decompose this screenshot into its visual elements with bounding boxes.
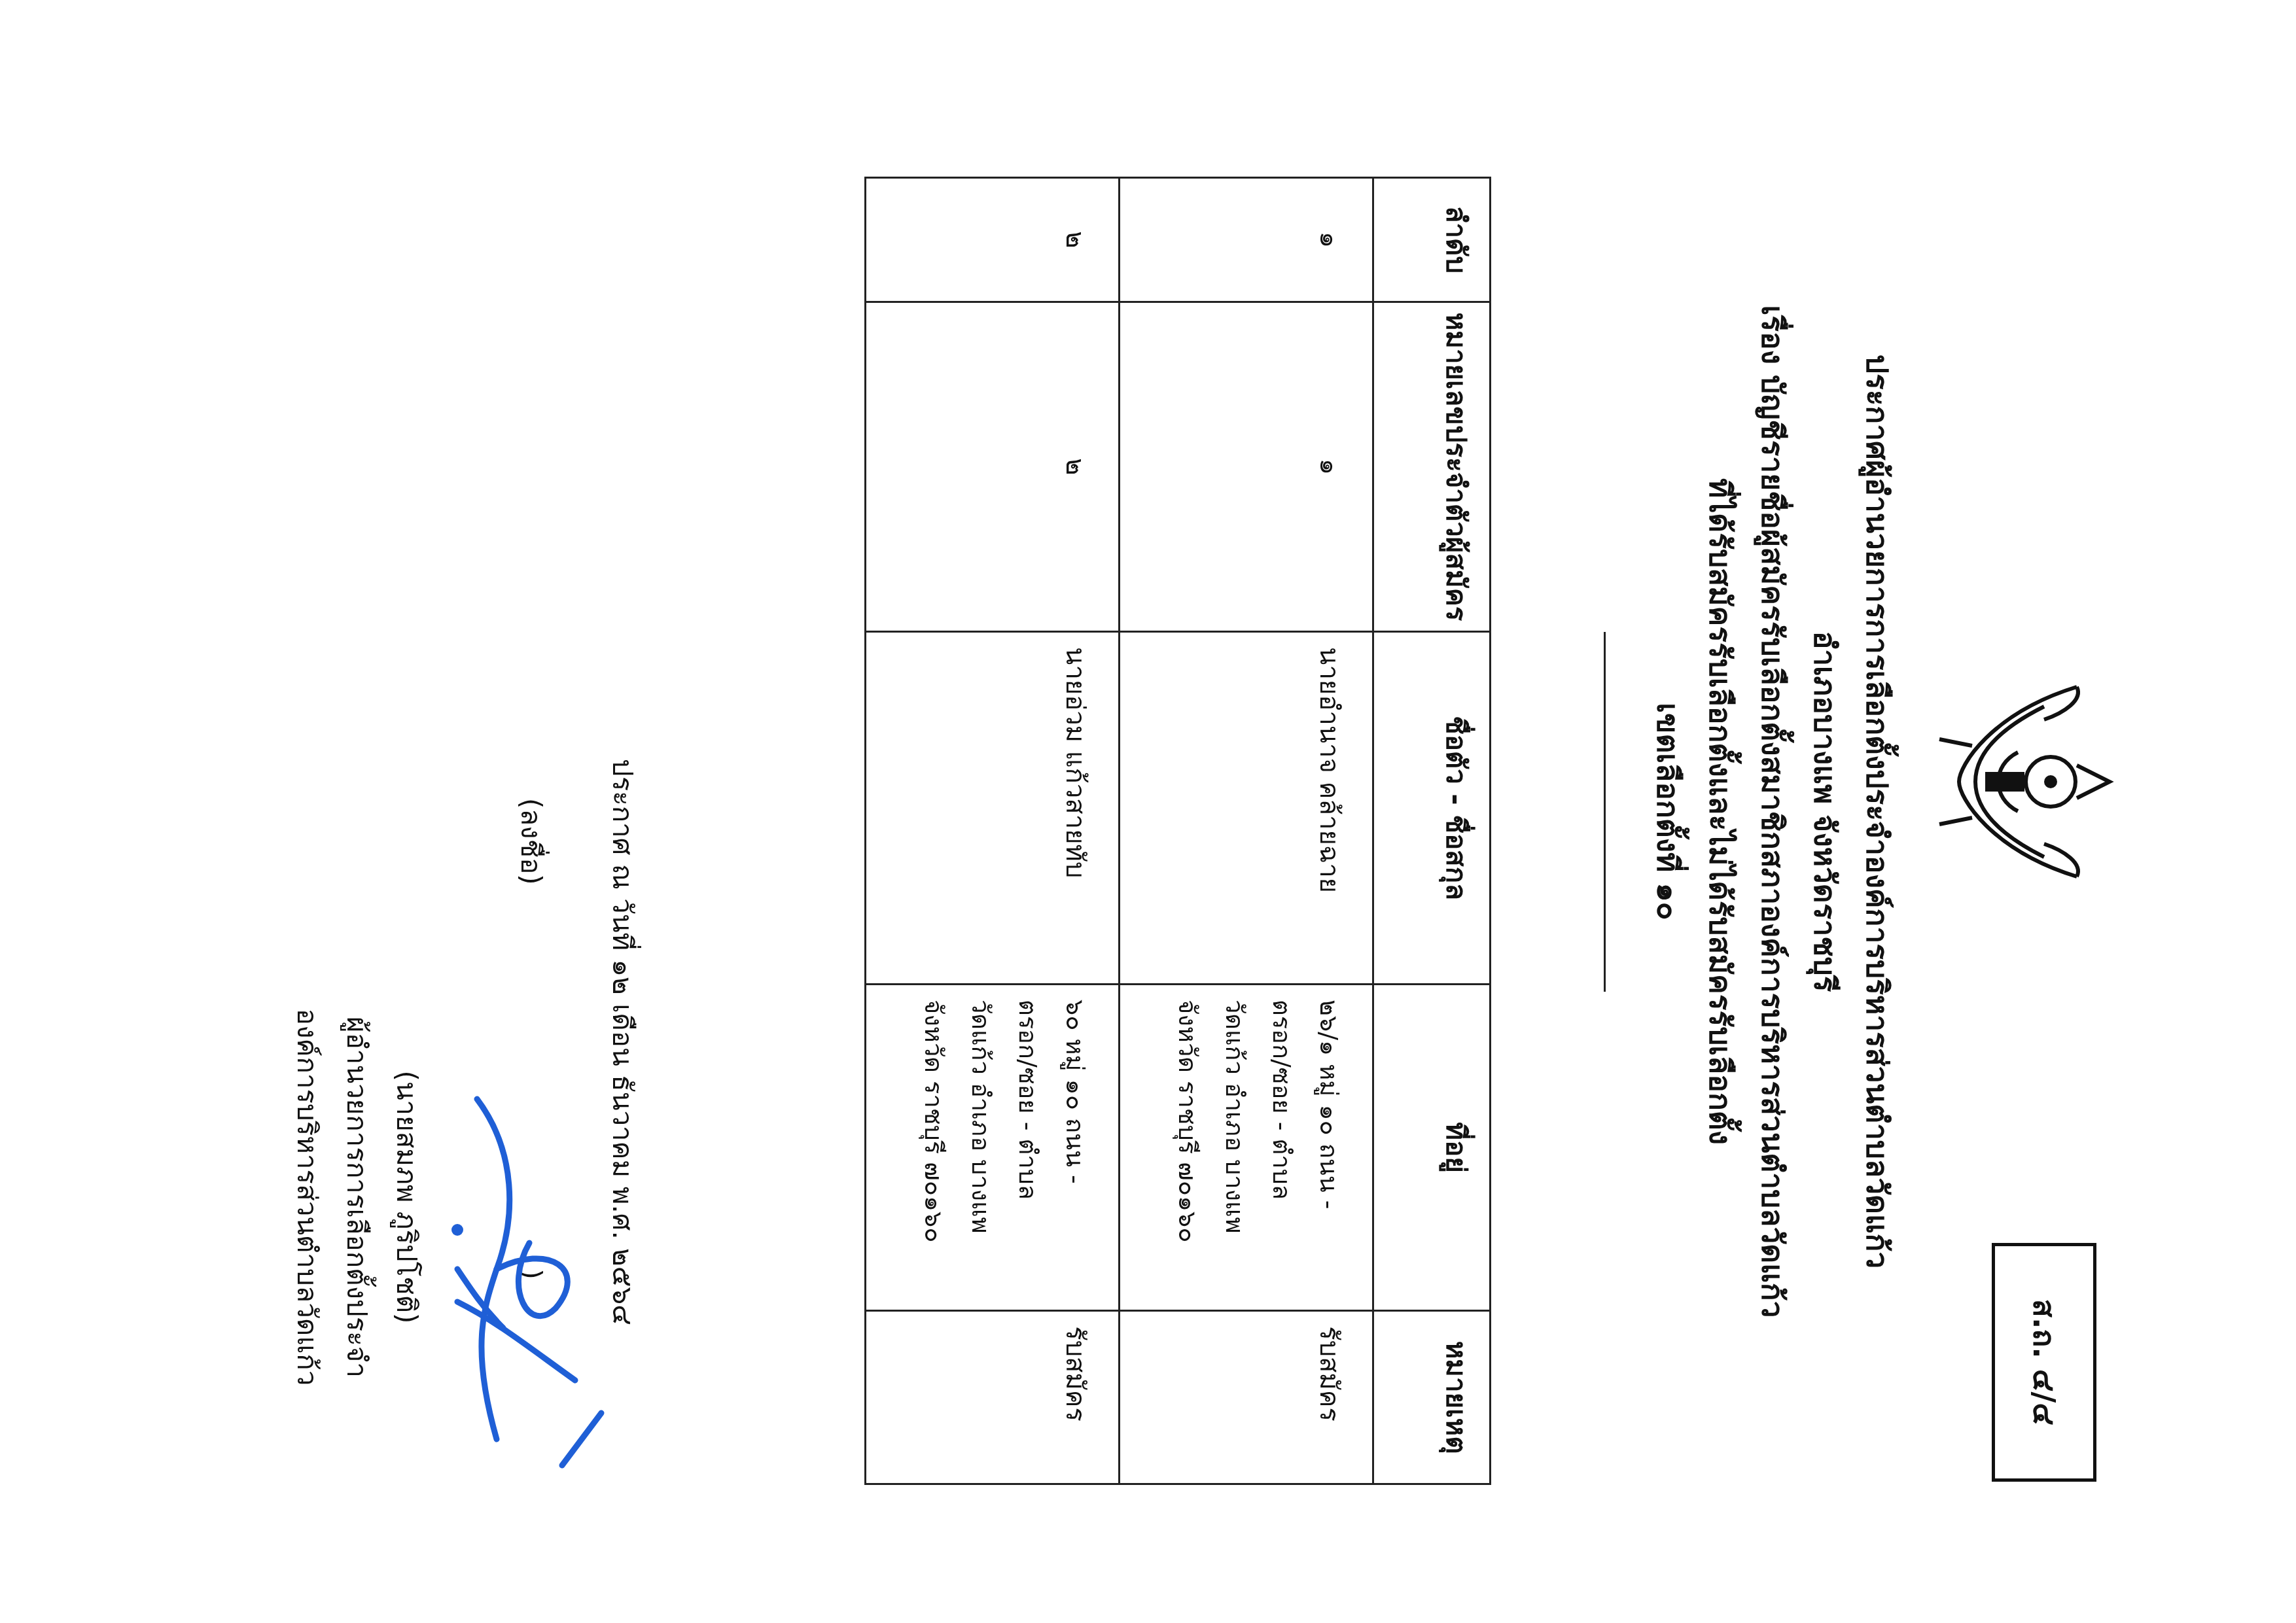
announcement-header: ประกาศผู้อำนวยการการเลือกตั้งประจำองค์กา… <box>1604 0 1903 1623</box>
header-constituency: เขตเลือกตั้งที่ ๑๐ <box>1642 0 1694 1623</box>
header-subject: เรื่อง บัญชีรายชื่อผู้สมัครรับเลือกตั้งส… <box>1746 0 1799 1623</box>
signatory: (นายสมภพ ภูริปโชติ) ผู้อำนวยการการเลือกต… <box>282 968 431 1426</box>
address-line: ๒๖/๑ หมู่ ๑๐ ถนน - <box>1305 1000 1352 1295</box>
cell-address: ๒๖/๑ หมู่ ๑๐ ถนน - ตรอก/ซอย - ตำบล วัดแก… <box>1120 985 1373 1311</box>
candidate-table: ลำดับ หมายเลขประจำตัวผู้สมัคร ชื่อตัว - … <box>864 177 1491 1485</box>
garuda-emblem-icon <box>1933 674 2123 890</box>
cell-name: นายอำนาจ คล้ายฉาย <box>1120 632 1373 985</box>
table-header-row: ลำดับ หมายเลขประจำตัวผู้สมัคร ชื่อตัว - … <box>1373 178 1491 1484</box>
col-candidate-number: หมายเลขประจำตัวผู้สมัคร <box>1373 302 1491 631</box>
cell-name: นายอ่วม แก้วสายทับ <box>866 632 1120 985</box>
header-title: ประกาศผู้อำนวยการการเลือกตั้งประจำองค์กา… <box>1851 0 1903 1623</box>
table-row: ๒ ๒ นายอ่วม แก้วสายทับ ๖๐ หมู่ ๑๐ ถนน - … <box>866 178 1120 1484</box>
table-row: ๑ ๑ นายอำนาจ คล้ายฉาย ๒๖/๑ หมู่ ๑๐ ถนน -… <box>1120 178 1373 1484</box>
address-line: จังหวัด ราชบุรี ๗๐๑๖๐ <box>1164 1000 1211 1295</box>
announcement-page: ส.ถ. ๔/๔ ประกาศผู้อำนวยการการเลือกตั้งปร… <box>0 0 2296 1623</box>
header-divider <box>1604 632 1606 992</box>
col-order: ลำดับ <box>1373 178 1491 302</box>
address-line: ๖๐ หมู่ ๑๐ ถนน - <box>1051 1000 1099 1295</box>
header-district: อำเภอบางแพ จังหวัดราชบุรี <box>1799 0 1851 1623</box>
cell-note: รับสมัคร <box>1120 1311 1373 1484</box>
signatory-organization: องค์การบริหารส่วนตำบลวัดแก้ว <box>282 968 332 1426</box>
cell-candidate-number: ๒ <box>866 302 1120 631</box>
address-line: วัดแก้ว อำเภอ บางแพ <box>1211 1000 1258 1295</box>
col-address: ที่อยู่ <box>1373 985 1491 1311</box>
form-code: ส.ถ. ๔/๔ <box>2021 1299 2068 1425</box>
cell-order: ๒ <box>866 178 1120 302</box>
header-subject-cont: ที่ได้รับสมัครรับเลือกตั้งและไม่ได้รับสม… <box>1694 0 1746 1623</box>
form-code-box: ส.ถ. ๔/๔ <box>1992 1243 2096 1482</box>
cell-order: ๑ <box>1120 178 1373 302</box>
cell-note: รับสมัคร <box>866 1311 1120 1484</box>
signatory-title: ผู้อำนวยการการเลือกตั้งประจำ <box>332 968 381 1426</box>
signed-prefix: (ลงชื่อ) <box>515 798 547 885</box>
address-line: วัดแก้ว อำเภอ บางแพ <box>957 1000 1004 1295</box>
address-line: ตรอก/ซอย - ตำบล <box>1258 1000 1305 1295</box>
cell-address: ๖๐ หมู่ ๑๐ ถนน - ตรอก/ซอย - ตำบล วัดแก้ว… <box>866 985 1120 1311</box>
signatory-name: (นายสมภพ ภูริปโชติ) <box>381 968 431 1426</box>
address-line: ตรอก/ซอย - ตำบล <box>1004 1000 1051 1295</box>
col-name: ชื่อตัว - ชื่อสกุล <box>1373 632 1491 985</box>
handwritten-signature-icon <box>418 1073 627 1478</box>
cell-candidate-number: ๑ <box>1120 302 1373 631</box>
col-note: หมายเหตุ <box>1373 1311 1491 1484</box>
address-line: จังหวัด ราชบุรี ๗๐๑๖๐ <box>910 1000 957 1295</box>
